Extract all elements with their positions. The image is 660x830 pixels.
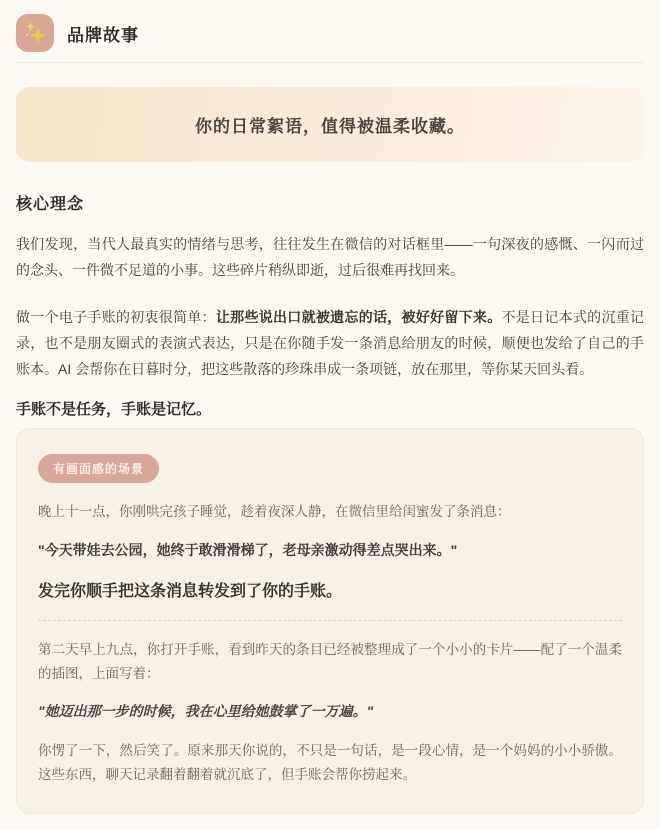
page-header: 品牌故事: [16, 12, 644, 62]
header-divider: [16, 62, 644, 63]
page-title: 品牌故事: [67, 21, 139, 46]
scene-quote-2: "她迈出那一步的时候，我在心里给她鼓掌了一万遍。": [38, 700, 622, 722]
core-paragraph-1: 我们发现，当代人最真实的情绪与思考，往往发生在微信的对话框里——一句深夜的感慨、…: [16, 231, 644, 283]
scene-card: 有画面感的场景 晚上十一点，你刚哄完孩子睡觉，趁着夜深人静，在微信里给闺蜜发了条…: [16, 428, 644, 814]
scene-quote-1: "今天带娃去公园，她终于敢滑滑梯了，老母亲激动得差点哭出来。": [38, 539, 622, 561]
core-paragraph-2: 做一个电子手账的初衷很简单：让那些说出口就被遗忘的话，被好好留下来。不是日记本式…: [16, 304, 644, 382]
scene-badge: 有画面感的场景: [38, 454, 159, 483]
scene-card-divider: [38, 620, 622, 621]
scene-narrative-2: 第二天早上九点，你打开手账，看到昨天的条目已经被整理成了一个小小的卡片——配了一…: [38, 638, 622, 686]
brand-story-page: 品牌故事 你的日常絮语，值得被温柔收藏。 核心理念 我们发现，当代人最真实的情绪…: [0, 0, 660, 830]
core-paragraph-2-bold: 让那些说出口就被遗忘的话，被好好留下来。: [216, 309, 502, 325]
core-concept-heading: 核心理念: [16, 191, 644, 214]
core-paragraph-2-prefix: 做一个电子手账的初衷很简单：: [16, 309, 216, 325]
scene-narrative-3: 你愣了一下，然后笑了。原来那天你说的，不只是一句话，是一段心情，是一个妈妈的小小…: [38, 739, 622, 787]
motto-line: 手账不是任务，手账是记忆。: [16, 398, 644, 419]
sparkles-icon: [16, 14, 54, 52]
scene-forward-line: 发完你顺手把这条消息转发到了你的手账。: [38, 578, 622, 601]
scene-narrative-1: 晚上十一点，你刚哄完孩子睡觉，趁着夜深人静，在微信里给闺蜜发了条消息：: [38, 500, 622, 524]
headline-text: 你的日常絮语，值得被温柔收藏。: [36, 112, 624, 137]
headline-banner: 你的日常絮语，值得被温柔收藏。: [16, 87, 644, 162]
